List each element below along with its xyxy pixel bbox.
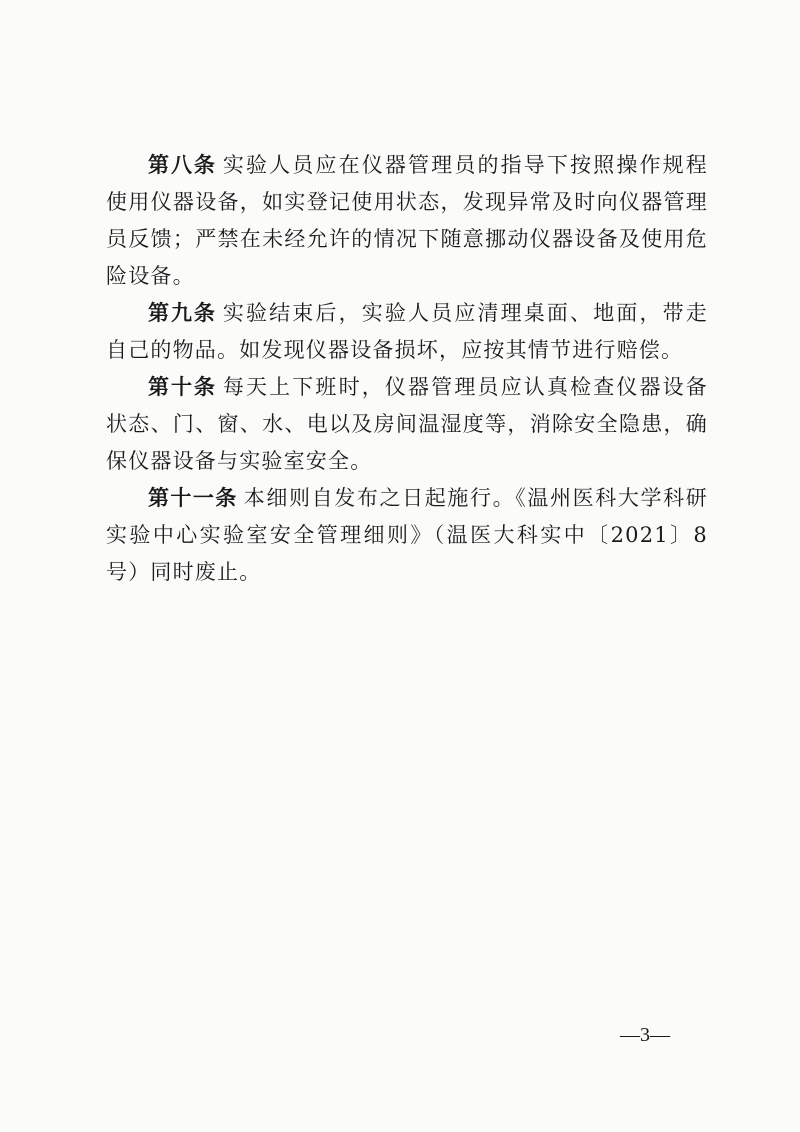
article-number: 第十一条 — [148, 486, 238, 510]
article-9: 第九条实验结束后，实验人员应清理桌面、地面，带走自己的物品。如发现仪器设备损坏，… — [106, 295, 708, 369]
article-8: 第八条实验人员应在仪器管理员的指导下按照操作规程使用仪器设备，如实登记使用状态，… — [106, 147, 708, 295]
document-page: 第八条实验人员应在仪器管理员的指导下按照操作规程使用仪器设备，如实登记使用状态，… — [0, 0, 800, 1132]
article-number: 第十条 — [148, 375, 217, 399]
page-number: —3— — [620, 1024, 670, 1047]
document-body: 第八条实验人员应在仪器管理员的指导下按照操作规程使用仪器设备，如实登记使用状态，… — [106, 147, 708, 591]
article-10: 第十条每天上下班时，仪器管理员应认真检查仪器设备状态、门、窗、水、电以及房间温湿… — [106, 369, 708, 480]
article-number: 第九条 — [148, 301, 217, 325]
article-number: 第八条 — [148, 153, 217, 177]
article-11: 第十一条本细则自发布之日起施行。《温州医科大学科研实验中心实验室安全管理细则》（… — [106, 480, 708, 591]
